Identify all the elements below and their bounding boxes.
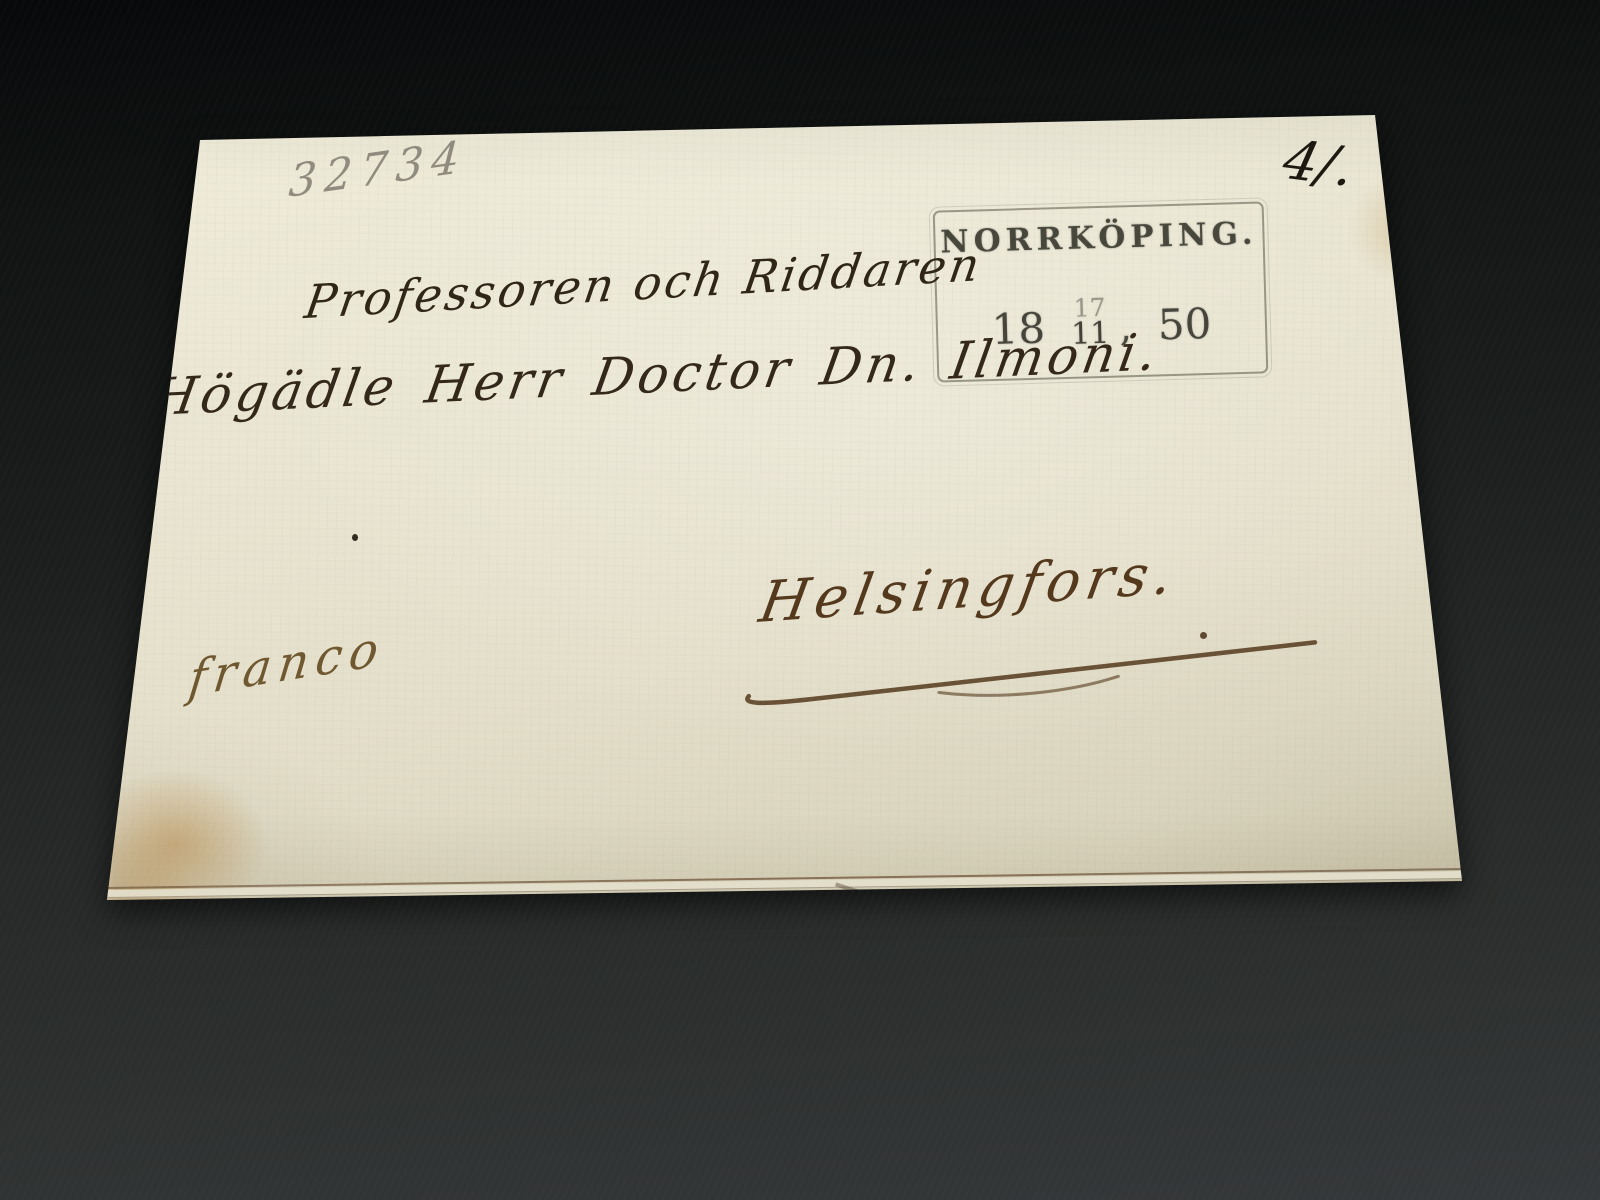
ink-dot — [352, 534, 358, 541]
folded-letter-cover: 32734 4/. NORRKÖPING. 18 17 11 , 50 Prof… — [100, 110, 1470, 910]
letter-shadow: 32734 4/. NORRKÖPING. 18 17 11 , 50 Prof… — [100, 110, 1470, 910]
stain-bottom-left — [64, 740, 354, 990]
photo-background: 32734 4/. NORRKÖPING. 18 17 11 , 50 Prof… — [0, 0, 1600, 1200]
postmark-day: 17 — [1073, 296, 1105, 321]
rate-mark: 4/. — [1277, 128, 1360, 198]
destination-period-dot — [1200, 632, 1207, 639]
postmark-year-suffix: 50 — [1157, 303, 1212, 346]
